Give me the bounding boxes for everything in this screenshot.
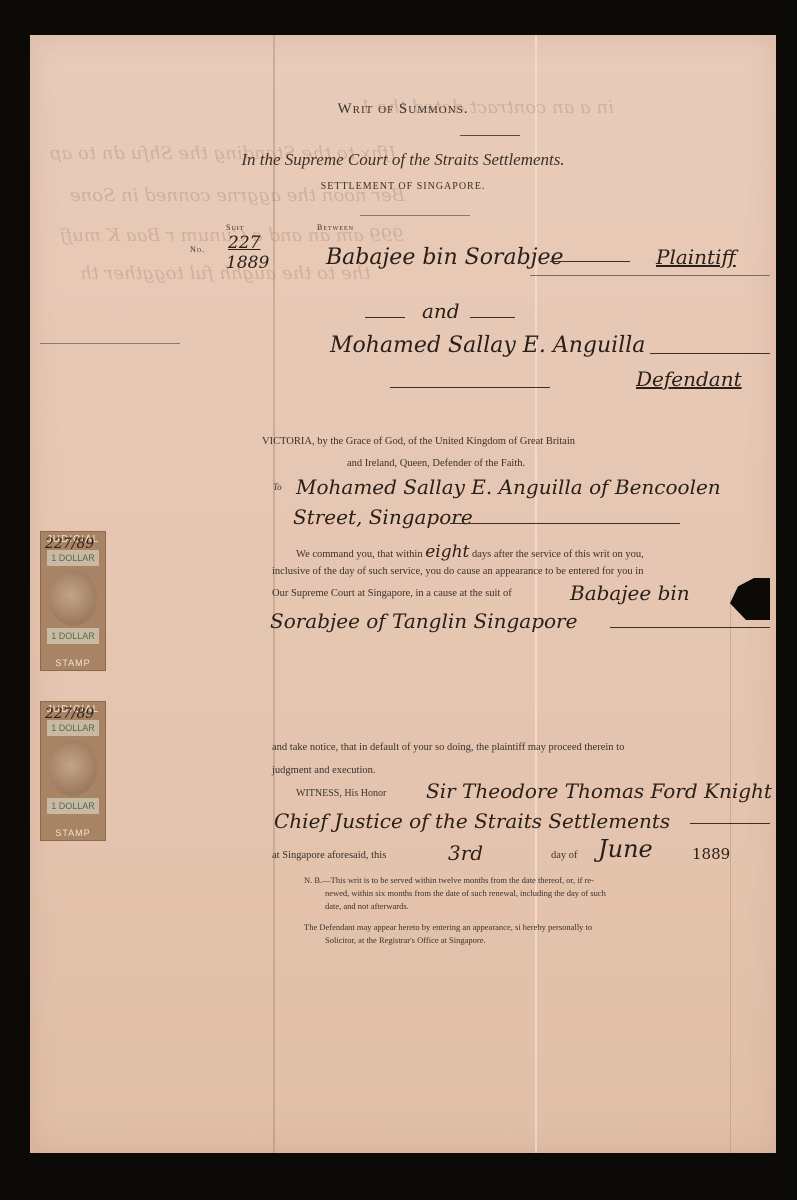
dated-day: 3rd bbox=[448, 841, 483, 865]
command-line-3: Our Supreme Court at Singapore, in a cau… bbox=[272, 588, 512, 599]
stamp-footer: STAMP bbox=[41, 658, 105, 668]
document-title: Writ of Summons. bbox=[30, 101, 776, 118]
fill-line bbox=[365, 317, 405, 318]
stamp-value: 1 DOLLAR bbox=[47, 628, 99, 644]
stamp-value: 1 DOLLAR bbox=[47, 798, 99, 814]
fill-line bbox=[450, 523, 680, 524]
nb-line-1: N. B.—This writ is to be served within t… bbox=[304, 875, 594, 885]
fill-line bbox=[690, 823, 770, 824]
fill-line bbox=[390, 387, 550, 388]
witness-name: Sir Theodore Thomas Ford Knight bbox=[426, 779, 772, 803]
stamp-annotation: 227/89 bbox=[45, 536, 94, 552]
appear-line-2: Solicitor, at the Registrar's Office at … bbox=[325, 935, 486, 945]
fold-line bbox=[730, 595, 731, 1153]
judicial-stamp: JUDICIAL 1 DOLLAR 1 DOLLAR STAMP 227/89 bbox=[40, 701, 106, 841]
notice-line-2: judgment and execution. bbox=[272, 765, 376, 776]
dated-mid: day of bbox=[551, 850, 578, 861]
nb-line-3: date, and not afterwards. bbox=[325, 901, 409, 911]
command-days: eight bbox=[425, 542, 469, 562]
suitor-line-1: Babajee bin bbox=[570, 581, 690, 605]
queen-portrait-icon bbox=[49, 740, 97, 796]
stamp-value: 1 DOLLAR bbox=[47, 720, 99, 736]
suit-number: 227 bbox=[228, 233, 260, 253]
writ-document: in a an contract dated the 1 Ifhx to the… bbox=[30, 35, 776, 1153]
suit-year: 1889 bbox=[226, 253, 269, 273]
and-label: and bbox=[422, 299, 460, 323]
divider bbox=[40, 343, 180, 344]
plaintiff-role: Plaintiff bbox=[656, 245, 736, 269]
dated-pre: at Singapore aforesaid, this bbox=[272, 850, 386, 861]
command-post: days after the service of this writ on y… bbox=[472, 549, 644, 560]
preamble-line-1: VICTORIA, by the Grace of God, of the Un… bbox=[262, 436, 575, 447]
witness-title: Chief Justice of the Straits Settlements bbox=[274, 809, 670, 833]
dated-month: June bbox=[598, 835, 653, 863]
fill-line bbox=[470, 317, 515, 318]
addressee-line-1: Mohamed Sallay E. Anguilla of Bencoolen bbox=[296, 475, 721, 499]
divider bbox=[460, 135, 520, 136]
nb-line-2: newed, within six months from the date o… bbox=[325, 888, 606, 898]
notice-line-1: and take notice, that in default of your… bbox=[272, 742, 624, 753]
judicial-stamp: JUDICIAL 1 DOLLAR 1 DOLLAR STAMP 227/89 bbox=[40, 531, 106, 671]
stamp-annotation: 227/89 bbox=[45, 706, 94, 722]
witness-label: WITNESS, His Honor bbox=[296, 788, 386, 799]
defendant-role: Defendant bbox=[636, 367, 742, 391]
preamble-line-2: and Ireland, Queen, Defender of the Fait… bbox=[347, 458, 525, 469]
addressee-line-2: Street, Singapore bbox=[293, 505, 473, 529]
command-line-1: We command you, that within eight days a… bbox=[296, 542, 644, 562]
suit-label: Suit bbox=[226, 223, 244, 232]
appear-line-1: The Defendant may appear hereto by enter… bbox=[304, 922, 592, 932]
to-label: To bbox=[273, 482, 282, 492]
dated-year: 1889 bbox=[692, 845, 730, 863]
stamp-value: 1 DOLLAR bbox=[47, 550, 99, 566]
fill-line bbox=[610, 627, 770, 628]
no-label: No. bbox=[190, 245, 205, 254]
fill-line bbox=[650, 353, 770, 354]
settlement-name: SETTLEMENT OF SINGAPORE. bbox=[30, 181, 776, 192]
ornament-divider bbox=[360, 215, 470, 216]
command-line-2: inclusive of the day of such service, yo… bbox=[272, 566, 643, 577]
stamp-footer: STAMP bbox=[41, 828, 105, 838]
fill-line bbox=[550, 261, 630, 262]
command-pre: We command you, that within bbox=[296, 549, 423, 560]
court-name: In the Supreme Court of the Straits Sett… bbox=[30, 150, 776, 170]
fold-line bbox=[535, 35, 537, 1153]
suitor-line-2: Sorabjee of Tanglin Singapore bbox=[270, 609, 577, 633]
queen-portrait-icon bbox=[49, 570, 97, 626]
fill-line bbox=[530, 275, 770, 276]
between-label: Between bbox=[317, 223, 354, 232]
plaintiff-name: Babajee bin Sorabjee bbox=[326, 245, 564, 270]
defendant-name: Mohamed Sallay E. Anguilla bbox=[330, 333, 645, 358]
